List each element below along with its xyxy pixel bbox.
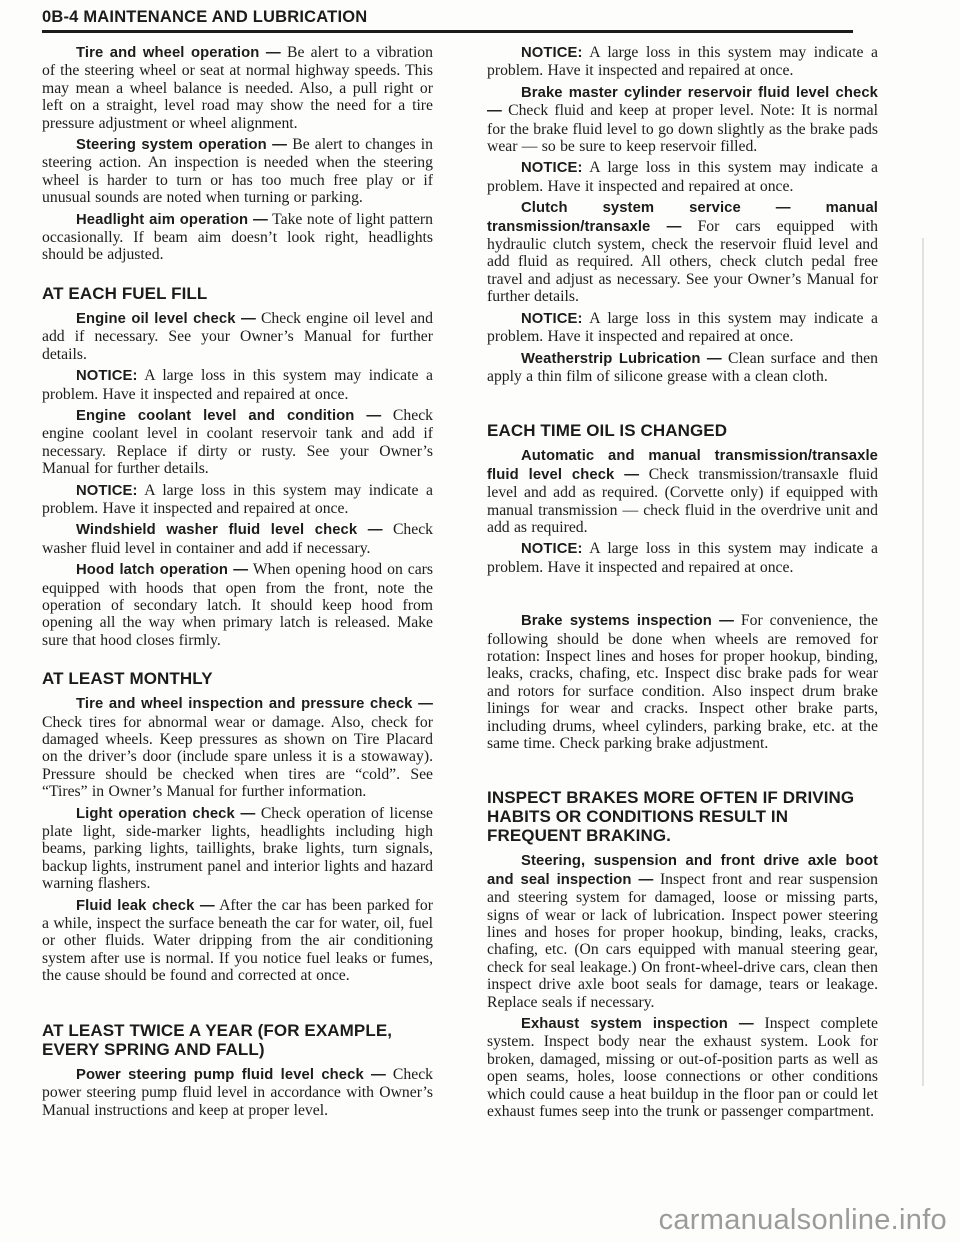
body-paragraph: Exhaust system inspection — Inspect comp…	[487, 1015, 878, 1120]
header-rule	[42, 30, 853, 33]
notice-paragraph: NOTICE: A large loss in this system may …	[487, 44, 878, 80]
body-paragraph: Light operation check — Check operation …	[42, 805, 433, 893]
body-paragraph: Windshield washer fluid level check — Ch…	[42, 521, 433, 557]
notice-paragraph: NOTICE: A large loss in this system may …	[487, 540, 878, 576]
paragraph-lead: Exhaust system inspection —	[521, 1016, 754, 1032]
notice-paragraph: NOTICE: A large loss in this system may …	[42, 367, 433, 403]
watermark-text: carmanualsonline.info	[659, 1204, 947, 1237]
body-paragraph: Brake master cylinder reservoir fluid le…	[487, 84, 878, 156]
paragraph-lead: Tire and wheel operation —	[76, 45, 281, 61]
notice-paragraph: NOTICE: A large loss in this system may …	[487, 310, 878, 346]
paragraph-lead: NOTICE:	[76, 483, 138, 499]
paragraph-lead: Hood latch operation —	[76, 562, 248, 578]
body-paragraph: Tire and wheel operation — Be alert to a…	[42, 44, 433, 132]
notice-paragraph: NOTICE: A large loss in this system may …	[42, 482, 433, 518]
paragraph-lead: Engine oil level check —	[76, 311, 256, 327]
paragraph-lead: Windshield washer fluid level check —	[76, 522, 383, 538]
paragraph-lead: NOTICE:	[521, 160, 583, 176]
body-paragraph: Fluid leak check — After the car has bee…	[42, 897, 433, 985]
paragraph-lead: NOTICE:	[521, 541, 583, 557]
paragraph-lead: Engine coolant level and condition —	[76, 408, 381, 424]
notice-paragraph: NOTICE: A large loss in this system may …	[487, 159, 878, 195]
paragraph-lead: Light operation check —	[76, 806, 255, 822]
paragraph-text: Check fluid and keep at proper level. No…	[487, 102, 878, 155]
body-paragraph: Steering system operation — Be alert to …	[42, 136, 433, 207]
body-paragraph: Brake systems inspection — For convenien…	[487, 612, 878, 752]
left-column: Tire and wheel operation — Be alert to a…	[42, 44, 433, 1121]
paragraph-text: Check tires for abnormal wear or damage.…	[42, 714, 433, 801]
paragraph-lead: NOTICE:	[521, 45, 583, 61]
body-paragraph: Tire and wheel inspection and pressure c…	[42, 695, 433, 800]
right-column: NOTICE: A large loss in this system may …	[487, 44, 878, 1121]
body-paragraph: Headlight aim operation — Take note of l…	[42, 211, 433, 264]
body-paragraph: Automatic and manual transmission/transa…	[487, 447, 878, 536]
paragraph-lead: Power steering pump fluid level check —	[76, 1067, 386, 1083]
page-content: Tire and wheel operation — Be alert to a…	[42, 44, 878, 1121]
body-paragraph: Engine oil level check — Check engine oi…	[42, 310, 433, 363]
manual-page: 0B-4 MAINTENANCE AND LUBRICATION Tire an…	[0, 0, 960, 1242]
body-paragraph: Power steering pump fluid level check — …	[42, 1066, 433, 1119]
section-heading: AT LEAST MONTHLY	[42, 669, 433, 688]
body-paragraph: Engine coolant level and condition — Che…	[42, 407, 433, 478]
body-paragraph: Steering, suspension and front drive axl…	[487, 852, 878, 1011]
paragraph-lead: NOTICE:	[521, 311, 583, 327]
body-paragraph: Clutch system service — manual transmiss…	[487, 199, 878, 305]
paragraph-lead: Steering system operation —	[76, 137, 287, 153]
section-heading: AT EACH FUEL FILL	[42, 284, 433, 303]
body-paragraph: Weatherstrip Lubrication — Clean surface…	[487, 350, 878, 386]
section-heading: AT LEAST TWICE A YEAR (FOR EXAMPLE, EVER…	[42, 1021, 433, 1059]
paragraph-lead: Brake systems inspection —	[521, 613, 734, 629]
body-paragraph: Hood latch operation — When opening hood…	[42, 561, 433, 649]
paragraph-lead: Fluid leak check —	[76, 898, 215, 914]
scan-artifact-line	[922, 238, 924, 1086]
paragraph-lead: Weatherstrip Lubrication —	[521, 351, 722, 367]
paragraph-lead: NOTICE:	[76, 368, 138, 384]
page-header: 0B-4 MAINTENANCE AND LUBRICATION	[42, 8, 367, 27]
paragraph-text: For convenience, the following should be…	[487, 612, 878, 752]
paragraph-lead: Headlight aim operation —	[76, 212, 268, 228]
section-heading: EACH TIME OIL IS CHANGED	[487, 421, 878, 440]
paragraph-text: Inspect front and rear suspension and st…	[487, 871, 878, 1011]
paragraph-lead: Tire and wheel inspection and pressure c…	[76, 696, 433, 712]
section-heading: INSPECT BRAKES MORE OFTEN IF DRIVING HAB…	[487, 788, 878, 845]
